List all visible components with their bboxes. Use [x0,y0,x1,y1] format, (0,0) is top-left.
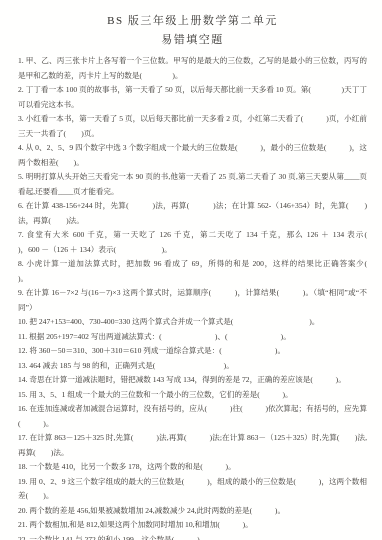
question-item: 1. 甲、乙、丙三张卡片上各写着一个三位数。甲写的是最大的三位数，乙写的是最小的… [18,54,367,83]
worksheet-page: BS 版三年级上册数学第二单元 易错填空题 1. 甲、乙、丙三张卡片上各写着一个… [0,0,382,540]
question-item: 11. 根据 205+197=402 写出两道减法算式：( )、( )。 [18,330,367,345]
question-item: 2. 丁丁看一本 100 页的故事书，第一天看了 50 页，以后每天都比前一天多… [18,83,367,112]
question-item: 15. 用 3、5、1 组成一个最大的三位数和一个最小的三位数，它们的差是( )… [18,388,367,403]
question-item: 18. 一个数是 410，比另一个数多 178，这两个数的和是( )。 [18,460,367,475]
question-item: 20. 两个数的差是 456,如果被减数增加 24,减数减少 24,此时两数的差… [18,504,367,519]
question-item: 3. 小红看一本书，第一天看了 5 页，以后每天都比前一天多看 2 页，小红第二… [18,112,367,141]
question-item: 19. 用 0、2、9 这三个数字组成的最大的三位数是( )，组成的最小的三位数… [18,475,367,504]
question-item: 14. 奇思在计算一道减法题时，错把减数 143 写成 134，得到的差是 72… [18,373,367,388]
question-item: 13. 464 减去 185 与 98 的和，正确列式是( )。 [18,359,367,374]
question-item: 21. 两个数相加,和是 812,如果这两个加数同时增加 10,和增加( )。 [18,518,367,533]
question-item: 5. 明明打算从头开始三天看完一本 90 页的书,他第一天看了 25 页,第二天… [18,170,367,199]
question-item: 9. 在计算 16－7×2 与(16－7)×3 这两个算式时，运算顺序( )，计… [18,286,367,315]
question-item: 7. 食堂有大米 600 千克，第一天吃了 126 千克，第二天吃了 134 千… [18,228,367,257]
question-item: 12. 将 360－50＝310、300＋310＝610 列成一道综合算式是：(… [18,344,367,359]
question-item: 17. 在计算 863－125＋325 时,先算( )法,再算( )法;在计算 … [18,431,367,460]
doc-subtitle: 易错填空题 [18,31,367,47]
question-list: 1. 甲、乙、丙三张卡片上各写着一个三位数。甲写的是最大的三位数，乙写的是最小的… [18,54,367,540]
question-item: 8. 小虎计算一道加法算式时，把加数 96 看成了 69，所得的和是 200，这… [18,257,367,286]
question-item: 4. 从 0、2、5、9 四个数字中选 3 个数字组成一个最大的三位数是( )，… [18,141,367,170]
question-item: 16. 在连加连减或者加减混合运算时，没有括号的，应从( )往( )依次算起；有… [18,402,367,431]
doc-title: BS 版三年级上册数学第二单元 [18,12,367,28]
question-item: 6. 在计算 438-156+244 时，先算( )法，再算( )法；在计算 5… [18,199,367,228]
question-item: 10. 把 247+153=400、730-400=330 这两个算式合并成一个… [18,315,367,330]
question-item: 22. 一个数比 141 与 272 的和小 199，这个数是( )。 [18,533,367,540]
